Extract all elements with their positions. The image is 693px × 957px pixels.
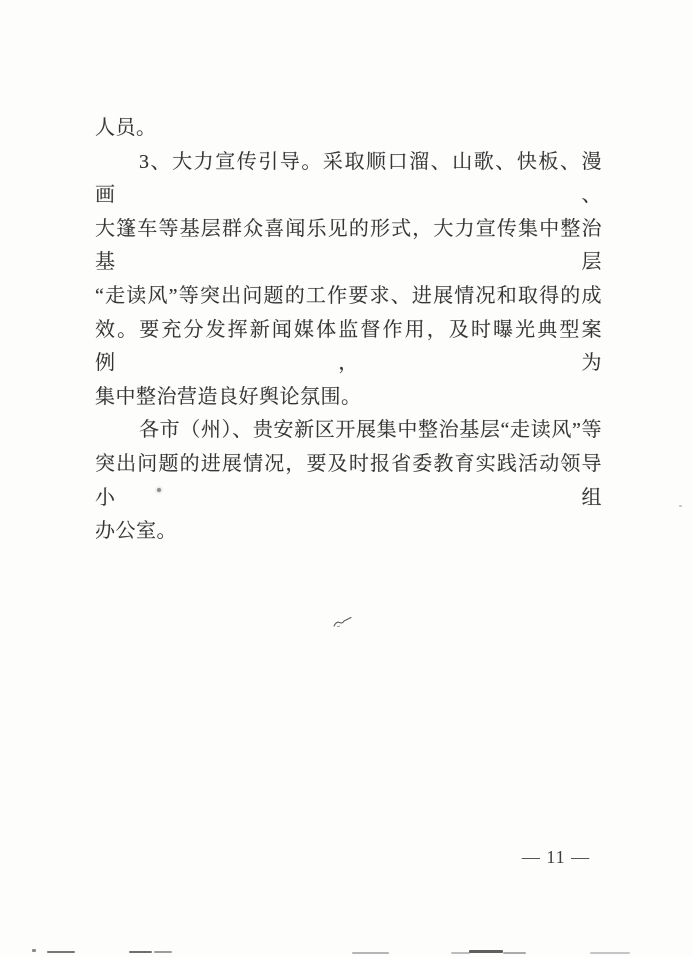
text-line: 各市（州）、贵安新区开展集中整治基层“走读风”等 xyxy=(95,414,602,448)
scan-speck xyxy=(679,505,682,507)
text-line: 3、大力宣传引导。采取顺口溜、山歌、快板、漫画、 xyxy=(95,146,602,213)
scanner-edge-artifact xyxy=(129,951,152,953)
document-page: 人员。 3、大力宣传引导。采取顺口溜、山歌、快板、漫画、 大篷车等基层群众喜闻乐… xyxy=(0,0,693,957)
scanner-edge-artifact xyxy=(590,952,630,954)
ink-squiggle-mark xyxy=(331,614,355,630)
text-line: 人员。 xyxy=(95,112,602,146)
text-line: 办公室。 xyxy=(95,515,602,549)
scanner-edge-artifact xyxy=(32,949,36,952)
page-number: — 11 — xyxy=(514,847,598,868)
text-line: 大篷车等基层群众喜闻乐见的形式，大力宣传集中整治基层 xyxy=(95,213,602,280)
scanner-edge-artifact xyxy=(451,952,470,954)
scan-speck xyxy=(249,469,252,472)
body-text: 人员。 3、大力宣传引导。采取顺口溜、山歌、快板、漫画、 大篷车等基层群众喜闻乐… xyxy=(95,112,602,549)
scanner-edge-artifact xyxy=(503,952,526,954)
text-line: “走读风”等突出问题的工作要求、进展情况和取得的成 xyxy=(95,280,602,314)
scanner-edge-artifact xyxy=(352,952,389,954)
scan-speck xyxy=(157,488,161,492)
scanner-edge-artifact xyxy=(47,951,75,953)
text-line: 集中整治营造良好舆论氛围。 xyxy=(95,381,602,415)
scanner-edge-artifact xyxy=(469,950,503,953)
text-line: 突出问题的进展情况，要及时报省委教育实践活动领导小组 xyxy=(95,448,602,515)
scanner-edge-artifact xyxy=(154,951,172,953)
text-line: 效。要充分发挥新闻媒体监督作用，及时曝光典型案例，为 xyxy=(95,314,602,381)
